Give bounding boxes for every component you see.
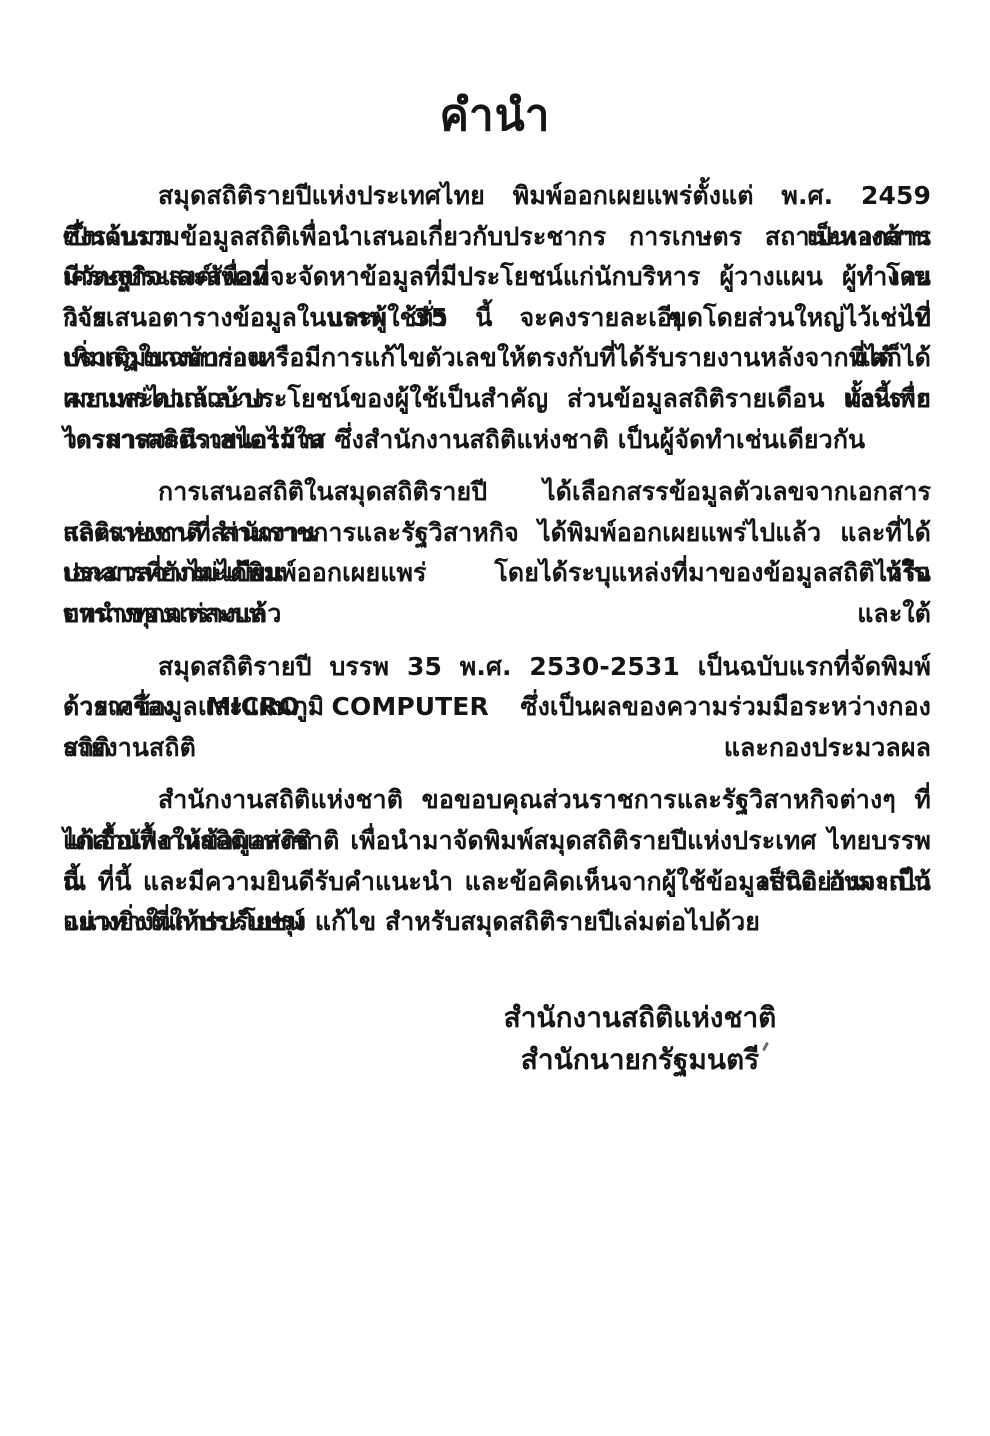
signature-organization: สำนักงานสถิติแห่งชาติ xyxy=(440,997,840,1039)
paragraph-3: สมุดสถิติรายปี บรรพ 35 พ.ศ. 2530-2531 เป… xyxy=(63,647,931,769)
text-line: การเสนอตารางข้อมูลในบรรพ 35 นี้ จะคงรายล… xyxy=(63,298,931,339)
text-line: เพิ่มเติมบางตารางหรือมีการแก้ไขตัวเลขให้… xyxy=(63,338,931,379)
text-line: การเสนอสถิติในสมุดสถิติรายปี ได้เลือกสรร… xyxy=(63,472,931,513)
signature-block: สำนักงานสถิติแห่งชาติ สำนักนายกรัฐมนตรี xyxy=(440,997,840,1081)
text-line: ด้วยเครื่อง MICRO COMPUTER ซึ่งเป็นผลของ… xyxy=(63,687,931,728)
text-line: สำนักงานสถิติแห่งชาติ ขอขอบคุณส่วนราชการ… xyxy=(63,780,931,821)
document-body: สมุดสถิติรายปีแห่งประเทศไทย พิมพ์ออกเผยแ… xyxy=(63,176,931,943)
text-line: อย่างยิ่งในการปรับปรุง แก้ไข สำหรับสมุดส… xyxy=(63,902,931,943)
text-line: เอกสารที่ยังไม่ได้พิมพ์ออกเผยแพร่ โดยได้… xyxy=(63,553,931,594)
text-line: มีวัตถุประสงค์เพื่อที่จะจัดหาข้อมูลที่มี… xyxy=(63,257,931,298)
text-line: สถิติแห่งชาติ ส่วนราชการและรัฐวิสาหกิจ ไ… xyxy=(63,513,931,554)
text-line: วารสารสถิติรายไตรมาส ซึ่งสำนักงานสถิติแห… xyxy=(63,420,931,461)
text-line: ซึ่งรวบรวมข้อมูลสถิติเพื่อนำเสนอเกี่ยวกั… xyxy=(63,217,931,258)
paragraph-2: การเสนอสถิติในสมุดสถิติรายปี ได้เลือกสรร… xyxy=(63,472,931,634)
text-line: สมุดสถิติรายปีแห่งประเทศไทย พิมพ์ออกเผยแ… xyxy=(63,176,931,217)
document-page: คำนำ สมุดสถิติรายปีแห่งประเทศไทย พิมพ์ออ… xyxy=(0,0,990,1436)
text-line: สมุดสถิติรายปี บรรพ 35 พ.ศ. 2530-2531 เป… xyxy=(63,647,931,688)
page-title: คำนำ xyxy=(0,80,990,150)
text-line: แก่สำนักงานสถิติแห่งชาติ เพื่อนำมาจัดพิม… xyxy=(63,821,931,862)
paragraph-4: สำนักงานสถิติแห่งชาติ ขอขอบคุณส่วนราชการ… xyxy=(63,780,931,942)
signature-office: สำนักนายกรัฐมนตรี xyxy=(440,1039,840,1081)
paragraph-1: สมุดสถิติรายปีแห่งประเทศไทย พิมพ์ออกเผยแ… xyxy=(63,176,931,460)
text-line: ความสะดวกและประโยชน์ของผู้ใช้เป็นสำคัญ ส… xyxy=(63,379,931,420)
text-line: ณ ที่นี้ และมีความยินดีรับคำแนะนำ และข้อ… xyxy=(63,862,931,903)
